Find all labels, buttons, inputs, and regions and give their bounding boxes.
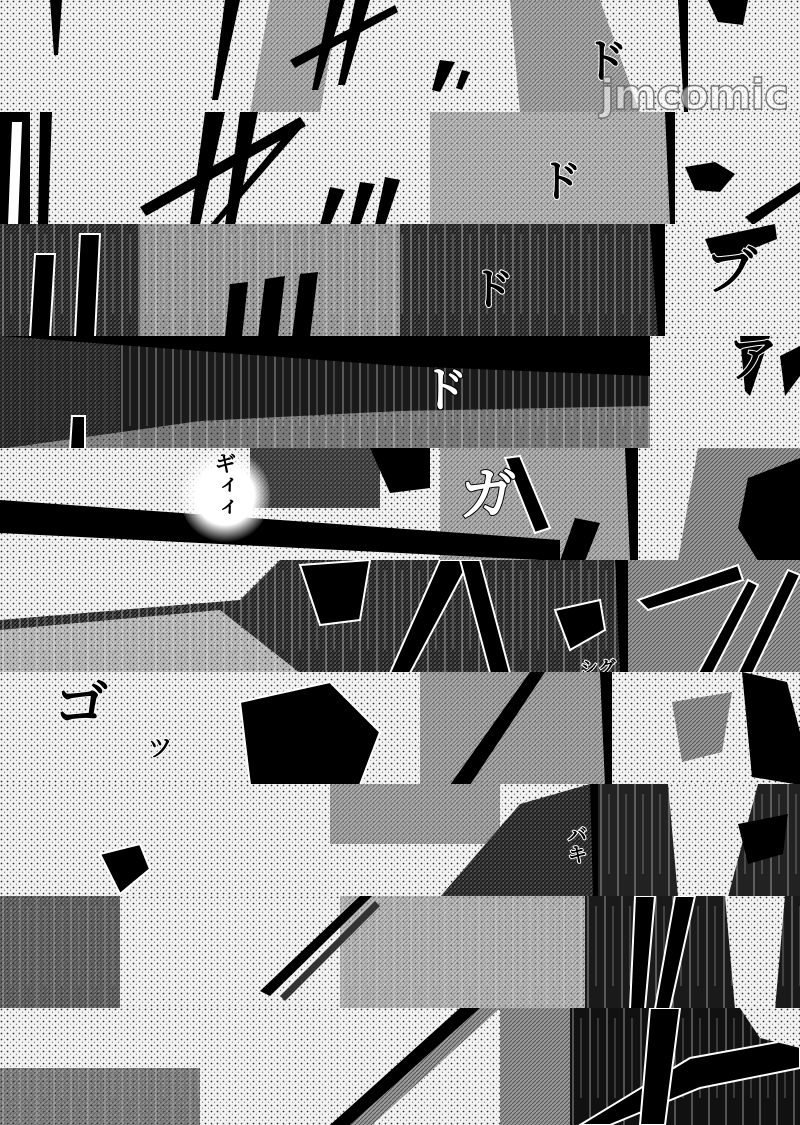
- strip-4: ド ア: [0, 336, 800, 449]
- strip-7: ゴ ツ: [0, 672, 800, 785]
- strip-8-left-art: バキ: [0, 784, 598, 897]
- sfx-bu: ブ: [705, 246, 757, 298]
- strip-3-left-art: ド: [0, 224, 665, 337]
- strip-4-left-art: ド: [0, 336, 650, 449]
- sfx-go: ゴ: [54, 678, 108, 732]
- strip-2-left-art: ド: [0, 112, 675, 225]
- strip-10: [0, 1008, 800, 1125]
- strip-7-right-art: [612, 672, 800, 785]
- strip-5-left-art: ギィィ ガ: [0, 448, 638, 561]
- sfx-tsu: ツ: [148, 736, 172, 760]
- strip-6-left-art: グシ: [0, 560, 628, 673]
- sfx-a: ア: [728, 336, 778, 384]
- strip-9: [0, 896, 800, 1009]
- strip-10-right-art: [570, 1008, 800, 1125]
- strip-3: ド ブ: [0, 224, 800, 337]
- strip-8: バキ: [0, 784, 800, 897]
- sfx-gushi: グシ: [578, 658, 614, 673]
- strip-10-left-art: [0, 1008, 570, 1125]
- strip-8-right-art: [598, 784, 800, 897]
- strip-6: グシ: [0, 560, 800, 673]
- sfx-ga: ガ: [460, 468, 516, 524]
- strip-4-right-art: ア: [650, 336, 800, 449]
- manga-page: ド ド: [0, 0, 800, 1125]
- strip-5: ギィィ ガ: [0, 448, 800, 561]
- strip-7-left-art: ゴ ツ: [0, 672, 612, 785]
- strip-3-right-art: ブ: [665, 224, 800, 337]
- strip-5-right-art: [638, 448, 800, 561]
- sfx-baki: バキ: [566, 824, 586, 864]
- watermark: jmcomic: [600, 70, 788, 119]
- strip-9-left-art: [0, 896, 585, 1009]
- strip-2-right-art: [675, 112, 800, 225]
- strip-1-left-art: ド: [0, 0, 688, 113]
- strip-6-right-art: [628, 560, 800, 673]
- sfx-do: ド: [538, 160, 582, 204]
- sfx-do: ド: [470, 268, 514, 312]
- sfx-do: ド: [420, 366, 468, 414]
- sfx-gii: ギィィ: [212, 452, 234, 518]
- strip-9-right-art: [585, 896, 800, 1009]
- strip-2: ド: [0, 112, 800, 225]
